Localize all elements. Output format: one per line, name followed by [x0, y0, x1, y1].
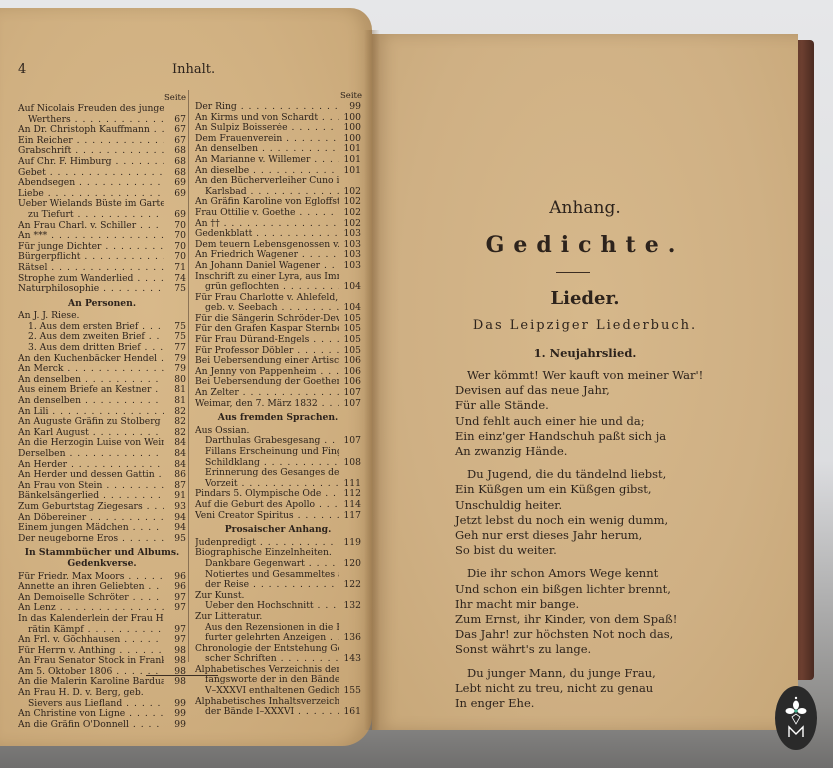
poem-line: Jetzt lebst du noch ein wenig dumm, — [455, 513, 755, 528]
toc-entry: An den Kuchenbäcker Hendel79 — [18, 354, 186, 365]
toc-entry-page: 75 — [164, 284, 186, 295]
toc-entry-title: An †† — [195, 219, 339, 230]
toc-entry-page: 104 — [339, 282, 361, 293]
toc-entry-title: Liebe — [18, 189, 164, 200]
toc-entry: An Marianne v. Willemer101 — [195, 155, 361, 166]
toc-entry-title: An denselben — [18, 375, 164, 386]
toc-entry: der Bände I–XXXVI161 — [195, 707, 361, 718]
toc-entry-title: An die Gräfin O'Donnell — [18, 720, 164, 731]
toc-entry-title: An Lili — [18, 407, 164, 418]
toc-entry: Weimar, den 7. März 1832107 — [195, 399, 361, 410]
poem-line: Wer kömmt! Wer kauft von meiner War'! — [455, 368, 755, 383]
toc-section-title: Aus fremden Sprachen. — [195, 413, 361, 424]
toc-entry-page: 103 — [339, 261, 361, 272]
toc-entry-title: Weimar, den 7. März 1832 — [195, 399, 339, 410]
toc-entry: rätin Kämpf97 — [18, 625, 186, 636]
toc-section-title: In Stammbücher und Albums. Gedenkverse. — [18, 548, 186, 569]
toc-entry: Bei Uebersendung einer Artischocke106 — [195, 356, 361, 367]
book-photo: 4 Inhalt. Seite Seite Auf Nicolais Freud… — [0, 0, 833, 768]
toc-entry-title: An Demoiselle Schröter — [18, 593, 164, 604]
toc-entry: Dankbare Gegenwart120 — [195, 559, 361, 570]
toc-entry: An Herder und dessen Gattin86 — [18, 470, 186, 481]
toc-entry: Alphabetisches Verzeichnis der An- — [195, 665, 361, 676]
toc-entry-title: An Sulpiz Boisserée — [195, 123, 339, 134]
poem-stanza: Die ihr schon Amors Wege kenntUnd schon … — [455, 566, 755, 657]
toc-entry-title: fangsworte der in den Bänden — [195, 675, 339, 686]
toc-entry: In das Kalenderlein der Frau Hof- — [18, 614, 186, 625]
toc-entry: Auf die Geburt des Apollo114 — [195, 500, 361, 511]
heading-rule — [556, 272, 590, 273]
toc-entry: Aus einem Briefe an Kestner81 — [18, 385, 186, 396]
toc-entry-title: An Frl. v. Göchhausen — [18, 635, 164, 646]
toc-entry-title: Einem jungen Mädchen — [18, 523, 164, 534]
toc-entry-title: Für Friedr. Max Moors — [18, 572, 164, 583]
toc-entry: Karlsbad102 — [195, 187, 361, 198]
toc-entry-title: An die Malerin Karoline Bardua — [18, 677, 164, 688]
toc-entry-title: Für Frau Charlotte v. Ahlefeld, — [195, 293, 339, 304]
toc-entry: zu Tiefurt69 — [18, 210, 186, 221]
toc-entry-page: 132 — [339, 601, 361, 612]
toc-entry-title: An Marianne v. Willemer — [195, 155, 339, 166]
toc-entry: Naturphilosophie75 — [18, 284, 186, 295]
toc-entry-title: An Lenz — [18, 603, 164, 614]
toc-entry: An denselben80 — [18, 375, 186, 386]
toc-entry-title: An Döbereiner — [18, 513, 164, 524]
toc-entry: An Herder84 — [18, 460, 186, 471]
toc-entry: Auf Nicolais Freuden des jungen — [18, 104, 186, 115]
toc-entry-title: Inschrift zu einer Lyra, aus Immer- — [195, 272, 339, 283]
toc-entry-page: 101 — [339, 155, 361, 166]
poem-stanza: Du junger Mann, du junge Frau,Lebt nicht… — [455, 666, 755, 712]
book-gutter — [364, 30, 380, 730]
toc-entry-title: furter gelehrten Anzeigen — [195, 633, 339, 644]
toc-entry-title: An Herder und dessen Gattin — [18, 470, 164, 481]
toc-entry-title: An *** — [18, 231, 164, 242]
toc-entry: Der Ring99 — [195, 102, 361, 113]
toc-entry-title: Für Herrn v. Anthing — [18, 646, 164, 657]
toc-entry-title: Karlsbad — [195, 187, 339, 198]
toc-entry-title: Am 5. Oktober 1806 — [18, 667, 164, 678]
toc-entry-page: 71 — [164, 263, 186, 274]
toc-entry: An Gräfin Karoline von Egloffstein102 — [195, 197, 361, 208]
toc-entry: Für Friedr. Max Moors96 — [18, 572, 186, 583]
toc-entry-title: 1. Aus dem ersten Brief — [18, 322, 164, 333]
toc-entry-title: Darthulas Grabesgesang — [195, 436, 339, 447]
toc-entry-title: Auf Chr. F. Himburg — [18, 157, 164, 168]
toc-entry: Für junge Dichter70 — [18, 242, 186, 253]
toc-entry: An Sulpiz Boisserée100 — [195, 123, 361, 134]
toc-entry: Zur Litteratur. — [195, 612, 361, 623]
poem-text: Wer kömmt! Wer kauft von meiner War'!Dev… — [455, 368, 755, 719]
poem-line: Du Jugend, die du tändelnd liebst, — [455, 467, 755, 482]
toc-entry-title: An Frau von Stein — [18, 481, 164, 492]
toc-entry: An denselben81 — [18, 396, 186, 407]
toc-entry-title: Naturphilosophie — [18, 284, 164, 295]
toc-entry: Für die Sängerin Schröder-Devrient105 — [195, 314, 361, 325]
toc-entry-page: 69 — [164, 189, 186, 200]
toc-entry-title: Alphabetisches Verzeichnis der An- — [195, 665, 339, 676]
toc-entry: Erinnerung des Gesanges der — [195, 468, 361, 479]
toc-entry: Alphabetisches Inhaltsverzeichnis — [195, 697, 361, 708]
toc-entry: Aus Ossian. — [195, 426, 361, 437]
toc-entry: Gebet68 — [18, 168, 186, 179]
toc-entry-title: geb. v. Seebach — [195, 303, 339, 314]
toc-entry: An Lili82 — [18, 407, 186, 418]
toc-entry-title: An Jenny von Pappenheim — [195, 367, 339, 378]
toc-entry: An ††102 — [195, 219, 361, 230]
toc-entry-page: 99 — [164, 720, 186, 731]
watermark-badge — [775, 686, 817, 750]
toc-entry: An Merck79 — [18, 364, 186, 375]
toc-entry-title: An Zelter — [195, 388, 339, 399]
toc-entry: Ein Reicher67 — [18, 136, 186, 147]
toc-entry-page: 107 — [339, 399, 361, 410]
toc-entry-title: Für junge Dichter — [18, 242, 164, 253]
toc-entry: Ueber den Hochschnitt132 — [195, 601, 361, 612]
toc-entry-title: Für den Grafen Kaspar Sternberg — [195, 324, 339, 335]
toc-entry: An Frau Senator Stock in Frankfurt98 — [18, 656, 186, 667]
poem-line: Und fehlt auch einer hie und da; — [455, 414, 755, 429]
toc-entry-title: 3. Aus dem dritten Brief — [18, 343, 164, 354]
toc-entry-title: Auf die Geburt des Apollo — [195, 500, 339, 511]
toc-entry-page: 68 — [164, 157, 186, 168]
toc-entry: fangsworte der in den Bänden — [195, 675, 361, 686]
seite-label-right: Seite — [330, 92, 362, 101]
toc-entry: Für Herrn v. Anthing98 — [18, 646, 186, 657]
poem-line: Zum Ernst, ihr Kinder, von dem Spaß! — [455, 612, 755, 627]
poem-stanza: Du Jugend, die du tändelnd liebst,Ein Kü… — [455, 467, 755, 558]
toc-entry: V–XXXVI enthaltenen Gedichte155 — [195, 686, 361, 697]
toc-entry: An Demoiselle Schröter97 — [18, 593, 186, 604]
toc-entry-title: Ueber Wielands Büste im Garten — [18, 199, 164, 210]
toc-entry-title: Vorzeit — [195, 479, 339, 490]
toc-entry: Biographische Einzelnheiten. — [195, 548, 361, 559]
toc-entry: Einem jungen Mädchen94 — [18, 523, 186, 534]
toc-entry-title: Notiertes und Gesammeltes auf — [195, 570, 339, 581]
toc-entry-title: Chronologie der Entstehung Goethe- — [195, 644, 339, 655]
toc-entry: An Frau Charl. v. Schiller70 — [18, 221, 186, 232]
poem-stanza: Wer kömmt! Wer kauft von meiner War'!Dev… — [455, 368, 755, 459]
toc-entry-title: Gebet — [18, 168, 164, 179]
toc-entry-title: Für Frau Dürand-Engels — [195, 335, 339, 346]
toc-entry-page: 97 — [164, 603, 186, 614]
seite-label-left: Seite — [150, 94, 186, 103]
toc-entry-title: An Johann Daniel Wagener — [195, 261, 339, 272]
toc-entry-title: Der Ring — [195, 102, 339, 113]
poem-line: Devisen auf das neue Jahr, — [455, 383, 755, 398]
heading-anhang: Anhang. — [372, 198, 798, 218]
poem-line: Für alle Stände. — [455, 398, 755, 413]
toc-entry: Darthulas Grabesgesang107 — [195, 436, 361, 447]
poem-line: In enger Ehe. — [455, 696, 755, 711]
poem-line: Ein einz'ger Handschuh paßt sich ja — [455, 429, 755, 444]
toc-entry: Abendsegen69 — [18, 178, 186, 189]
toc-entry: Liebe69 — [18, 189, 186, 200]
toc-entry: Für Professor Döbler105 — [195, 346, 361, 357]
heading-lieder: Lieder. — [372, 288, 798, 309]
poem-line: So bist du weiter. — [455, 543, 755, 558]
toc-entry-page: 136 — [339, 633, 361, 644]
toc-entry-page: 108 — [339, 458, 361, 469]
toc-entry: An Frl. v. Göchhausen97 — [18, 635, 186, 646]
toc-entry-page: 119 — [339, 538, 361, 549]
toc-entry: An den Bücherverleiher Cuno in — [195, 176, 361, 187]
toc-entry: An ***70 — [18, 231, 186, 242]
toc-entry-title: Dankbare Gegenwart — [195, 559, 339, 570]
toc-entry-title: An Kirms und von Schardt — [195, 113, 339, 124]
toc-entry-title: An Herder — [18, 460, 164, 471]
toc-entry: 2. Aus dem zweiten Brief75 — [18, 332, 186, 343]
toc-entry-title: Sievers aus Liefland — [18, 699, 164, 710]
toc-entry: Chronologie der Entstehung Goethe- — [195, 644, 361, 655]
toc-entry: An die Malerin Karoline Bardua98 — [18, 677, 186, 688]
toc-entry: An Karl August82 — [18, 428, 186, 439]
toc-entry-title: An Dr. Christoph Kauffmann — [18, 125, 164, 136]
toc-entry-title: An den Bücherverleiher Cuno in — [195, 176, 339, 187]
poem-line: Ihr macht mir bange. — [455, 597, 755, 612]
toc-entry-title: An Merck — [18, 364, 164, 375]
toc-entry-title: An Auguste Gräfin zu Stolberg — [18, 417, 164, 428]
toc-entry: Annette an ihren Geliebten96 — [18, 582, 186, 593]
toc-entry-title: Ein Reicher — [18, 136, 164, 147]
toc-entry-title: An dieselbe — [195, 166, 339, 177]
toc-entry-page: 117 — [339, 511, 361, 522]
toc-entry: An Döbereiner94 — [18, 513, 186, 524]
toc-entry: grün geflochten104 — [195, 282, 361, 293]
toc-entry-title: Für Professor Döbler — [195, 346, 339, 357]
toc-entry: Zum Geburtstag Ziegesars93 — [18, 502, 186, 513]
toc-entry-page: 99 — [339, 102, 361, 113]
toc-entry-title: 2. Aus dem zweiten Brief — [18, 332, 164, 343]
toc-entry-title: scher Schriften — [195, 654, 339, 665]
toc-entry-title: Strophe zum Wanderlied — [18, 274, 164, 285]
toc-entry-title: Abendsegen — [18, 178, 164, 189]
toc-entry-title: An denselben — [195, 144, 339, 155]
toc-entry-title: Der neugeborne Eros — [18, 534, 164, 545]
toc-entry: Frau Ottilie v. Goethe102 — [195, 208, 361, 219]
toc-entry: geb. v. Seebach104 — [195, 303, 361, 314]
toc-entry-title: Aus Ossian. — [195, 426, 339, 437]
toc-entry-title: Zur Kunst. — [195, 591, 339, 602]
toc-entry: An dieselbe101 — [195, 166, 361, 177]
heading-gedichte: Gedichte. — [372, 232, 798, 258]
toc-entry-title: Veni Creator Spiritus — [195, 511, 339, 522]
toc-entry: An Jenny von Pappenheim106 — [195, 367, 361, 378]
toc-entry: Schildklang108 — [195, 458, 361, 469]
toc-entry-title: An Karl August — [18, 428, 164, 439]
toc-entry-title: Fillans Erscheinung und Fingals — [195, 447, 339, 458]
toc-entry-title: zu Tiefurt — [18, 210, 164, 221]
toc-entry: Derselben84 — [18, 449, 186, 460]
toc-entry-page: 93 — [164, 502, 186, 513]
toc-entry-title: Biographische Einzelnheiten. — [195, 548, 339, 559]
toc-entry: Strophe zum Wanderlied74 — [18, 274, 186, 285]
toc-entry: Dem Frauenverein100 — [195, 134, 361, 145]
toc-entry-title: An Frau H. D. v. Berg, geb. — [18, 688, 164, 699]
toc-entry-title: An den Kuchenbäcker Hendel — [18, 354, 164, 365]
toc-entry-page: 69 — [164, 210, 186, 221]
toc-entry-title: An die Herzogin Luise von Weimar — [18, 438, 164, 449]
bottom-rule — [146, 675, 218, 676]
toc-entry: Pindars 5. Olympische Ode112 — [195, 489, 361, 500]
toc-entry-page: 102 — [339, 208, 361, 219]
toc-entry: Notiertes und Gesammeltes auf — [195, 570, 361, 581]
toc-entry-title: Aus den Rezensionen in die Frank- — [195, 623, 339, 634]
toc-entry: An J. J. Riese. — [18, 311, 186, 322]
toc-entry: Der neugeborne Eros95 — [18, 534, 186, 545]
toc-entry-title: Gedenkblatt — [195, 229, 339, 240]
toc-entry: An Johann Daniel Wagener103 — [195, 261, 361, 272]
toc-entry: An Friedrich Wagener103 — [195, 250, 361, 261]
toc-entry-page: 84 — [164, 449, 186, 460]
toc-entry: furter gelehrten Anzeigen136 — [195, 633, 361, 644]
toc-entry-page: 98 — [164, 677, 186, 688]
toc-entry-title: V–XXXVI enthaltenen Gedichte — [195, 686, 339, 697]
toc-entry: Vorzeit111 — [195, 479, 361, 490]
toc-entry-page: 101 — [339, 166, 361, 177]
toc-entry-title: Derselben — [18, 449, 164, 460]
toc-entry-title: Zum Geburtstag Ziegesars — [18, 502, 164, 513]
toc-entry-page: 161 — [339, 707, 361, 718]
toc-entry: Veni Creator Spiritus117 — [195, 511, 361, 522]
toc-entry: Ueber Wielands Büste im Garten — [18, 199, 186, 210]
toc-entry-title: Alphabetisches Inhaltsverzeichnis — [195, 697, 339, 708]
toc-entry: Für Frau Dürand-Engels105 — [195, 335, 361, 346]
toc-entry: An die Gräfin O'Donnell99 — [18, 720, 186, 731]
toc-entry: 1. Aus dem ersten Brief75 — [18, 322, 186, 333]
toc-entry-title: An Frau Charl. v. Schiller — [18, 221, 164, 232]
toc-entry: Aus den Rezensionen in die Frank- — [195, 623, 361, 634]
toc-entry: Rätsel71 — [18, 263, 186, 274]
toc-entry-title: Dem Frauenverein — [195, 134, 339, 145]
toc-entry: An Frau H. D. v. Berg, geb. — [18, 688, 186, 699]
toc-entry: An Auguste Gräfin zu Stolberg82 — [18, 417, 186, 428]
poem-line: Geh nur erst dieses Jahr herum, — [455, 528, 755, 543]
toc-section-title: Prosaischer Anhang. — [195, 525, 361, 536]
toc-entry-title: Dem teuern Lebensgenossen v. Knebel — [195, 240, 339, 251]
heading-liederbuch: Das Leipziger Liederbuch. — [372, 318, 798, 333]
toc-entry-page: 95 — [164, 534, 186, 545]
toc-entry-title: Für die Sängerin Schröder-Devrient — [195, 314, 339, 325]
toc-entry-title: An denselben — [18, 396, 164, 407]
toc-entry: Sievers aus Liefland99 — [18, 699, 186, 710]
poem-line: Ein Küßgen um ein Küßgen gibst, — [455, 482, 755, 497]
toc-entry-title: rätin Kämpf — [18, 625, 164, 636]
toc-entry-title: Ueber den Hochschnitt — [195, 601, 339, 612]
toc-entry-title: An Christine von Ligne — [18, 709, 164, 720]
toc-entry-title: der Bände I–XXXVI — [195, 707, 339, 718]
toc-entry-title: Grabschrift — [18, 146, 164, 157]
toc-entry: Für Frau Charlotte v. Ahlefeld, — [195, 293, 361, 304]
poem-line: Du junger Mann, du junge Frau, — [455, 666, 755, 681]
toc-entry-title: An Friedrich Wagener — [195, 250, 339, 261]
toc-entry: scher Schriften143 — [195, 654, 361, 665]
toc-entry-title: An Gräfin Karoline von Egloffstein — [195, 197, 339, 208]
toc-entry-title: Frau Ottilie v. Goethe — [195, 208, 339, 219]
poem-line: An zwanzig Hände. — [455, 444, 755, 459]
toc-entry-page: 120 — [339, 559, 361, 570]
toc-entry-title: Zur Litteratur. — [195, 612, 339, 623]
toc-entry: Bürgerpflicht70 — [18, 252, 186, 263]
page-number: 4 — [18, 62, 26, 77]
toc-entry-title: Schildklang — [195, 458, 339, 469]
toc-entry-title: An J. J. Riese. — [18, 311, 164, 322]
toc-entry-page: 143 — [339, 654, 361, 665]
toc-entry: 3. Aus dem dritten Brief77 — [18, 343, 186, 354]
toc-entry-page: 107 — [339, 436, 361, 447]
toc-entry: An denselben101 — [195, 144, 361, 155]
toc-entry: Grabschrift68 — [18, 146, 186, 157]
toc-entry-title: Erinnerung des Gesanges der — [195, 468, 339, 479]
toc-column-left: Auf Nicolais Freuden des jungenWerthers6… — [18, 104, 186, 730]
poem-line: Sonst währt's zu lange. — [455, 642, 755, 657]
toc-entry: Zur Kunst. — [195, 591, 361, 602]
toc-entry: Fillans Erscheinung und Fingals — [195, 447, 361, 458]
toc-entry: Auf Chr. F. Himburg68 — [18, 157, 186, 168]
toc-entry: Inschrift zu einer Lyra, aus Immer- — [195, 272, 361, 283]
toc-entry-title: Pindars 5. Olympische Ode — [195, 489, 339, 500]
toc-entry-title: Judenpredigt — [195, 538, 339, 549]
toc-entry: Dem teuern Lebensgenossen v. Knebel103 — [195, 240, 361, 251]
toc-entry-page: 114 — [339, 500, 361, 511]
toc-entry: Für den Grafen Kaspar Sternberg105 — [195, 324, 361, 335]
toc-entry: An Kirms und von Schardt100 — [195, 113, 361, 124]
toc-section-title: An Personen. — [18, 299, 186, 310]
toc-entry: der Reise122 — [195, 580, 361, 591]
toc-entry: An Christine von Ligne99 — [18, 709, 186, 720]
poem-line: Und schon ein bißgen lichter brennt, — [455, 582, 755, 597]
toc-entry-title: Bei Uebersendung einer Artischocke — [195, 356, 339, 367]
toc-entry: Bänkelsängerlied91 — [18, 491, 186, 502]
toc-entry-title: der Reise — [195, 580, 339, 591]
toc-entry: Gedenkblatt103 — [195, 229, 361, 240]
toc-entry-page: 122 — [339, 580, 361, 591]
toc-entry: An Frau von Stein87 — [18, 481, 186, 492]
toc-entry-page: 155 — [339, 686, 361, 697]
toc-entry-title: Rätsel — [18, 263, 164, 274]
toc-entry-title: Aus einem Briefe an Kestner — [18, 385, 164, 396]
poem-line: Lebt nicht zu treu, nicht zu genau — [455, 681, 755, 696]
toc-entry-title: Annette an ihren Geliebten — [18, 582, 164, 593]
toc-entry-title: An Frau Senator Stock in Frankfurt — [18, 656, 164, 667]
toc-entry-title: Werthers — [18, 115, 164, 126]
toc-column-right: Der Ring99An Kirms und von Schardt100An … — [195, 102, 361, 718]
toc-entry: An Dr. Christoph Kauffmann67 — [18, 125, 186, 136]
poem-line: Unschuldig heiter. — [455, 498, 755, 513]
page-title: Inhalt. — [172, 62, 215, 77]
song-title: 1. Neujahrslied. — [372, 346, 798, 360]
toc-entry-title: grün geflochten — [195, 282, 339, 293]
toc-entry: An die Herzogin Luise von Weimar84 — [18, 438, 186, 449]
toc-entry-title: In das Kalenderlein der Frau Hof- — [18, 614, 164, 625]
toc-entry-title: Bei Uebersendung der Goethemedaille — [195, 377, 339, 388]
toc-entry: An Lenz97 — [18, 603, 186, 614]
column-divider — [188, 90, 189, 662]
toc-entry: Judenpredigt119 — [195, 538, 361, 549]
poem-line: Das Jahr! zur höchsten Not noch das, — [455, 627, 755, 642]
toc-entry-title: Auf Nicolais Freuden des jungen — [18, 104, 164, 115]
flower-logo-icon — [781, 695, 811, 741]
toc-entry-title: Bürgerpflicht — [18, 252, 164, 263]
toc-entry-title: Bänkelsängerlied — [18, 491, 164, 502]
toc-entry: An Zelter107 — [195, 388, 361, 399]
toc-entry: Werthers67 — [18, 115, 186, 126]
toc-entry: Bei Uebersendung der Goethemedaille106 — [195, 377, 361, 388]
poem-line: Die ihr schon Amors Wege kennt — [455, 566, 755, 581]
